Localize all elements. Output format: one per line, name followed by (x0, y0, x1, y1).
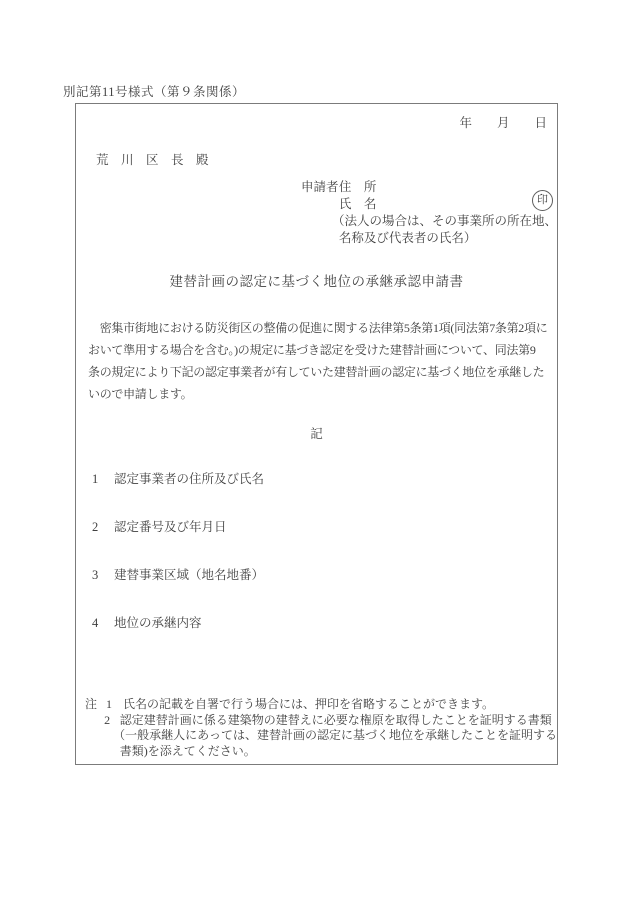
notes-section: 注 1 氏名の記載を自署で行う場合には、押印を省略することができます。 2 認定… (76, 697, 557, 759)
applicant-address-label: 住 所 (339, 179, 557, 196)
record-heading: 記 (76, 426, 557, 443)
item-text: 認定事業者の住所及び氏名 (114, 471, 264, 487)
list-item: 3 建替事業区域（地名地番） (76, 567, 557, 583)
list-item: 1 認定事業者の住所及び氏名 (76, 471, 557, 487)
document-title: 建替計画の認定に基づく地位の承継承認申請書 (76, 273, 557, 291)
note-row: 注 1 氏名の記載を自署で行う場合には、押印を省略することができます。 (85, 697, 557, 713)
document-frame: 年 月 日 荒 川 区 長 殿 申請者 住 所 氏 名 （法人の場合は、その事業… (75, 103, 558, 765)
seal-character: 印 (537, 195, 548, 206)
corporation-note-line2: 名称及び代表者の氏名） (339, 230, 557, 247)
note-text-block: 認定建替計画に係る建築物の建替えに必要な権原を取得したことを証明する書類 （一般… (120, 713, 557, 760)
item-number: 3 (92, 567, 114, 583)
item-number: 4 (92, 615, 114, 631)
body-paragraph: 密集市街地における防災街区の整備の促進に関する法律第5条第1項(同法第7条第2項… (76, 317, 557, 405)
body-line: 密集市街地における防災街区の整備の促進に関する法律第5条第1項(同法第7条第2項… (88, 317, 546, 339)
addressee-line: 荒 川 区 長 殿 (96, 152, 557, 169)
body-line: おいて準用する場合を含む。)の規定に基づき認定を受けた建替計画について、同法第9 (88, 339, 546, 361)
note-number: 2 (104, 713, 120, 729)
note-text: 氏名の記載を自署で行う場合には、押印を省略することができます。 (123, 697, 494, 713)
body-line: いので申請します。 (88, 383, 546, 405)
list-item: 4 地位の承継内容 (76, 615, 557, 631)
item-number: 1 (92, 471, 114, 487)
list-item: 2 認定番号及び年月日 (76, 519, 557, 535)
item-text: 地位の承継内容 (114, 615, 202, 631)
note-text-line: 認定建替計画に係る建築物の建替えに必要な権原を取得したことを証明する書類 (120, 713, 557, 729)
body-line: 条の規定により下記の認定事業者が有していた建替計画の認定に基づく地位を承継した (88, 361, 546, 383)
applicant-fields: 住 所 氏 名 （法人の場合は、その事業所の所在地、 名称及び代表者の氏名） (339, 179, 557, 247)
item-text: 認定番号及び年月日 (114, 519, 227, 535)
seal-mark-icon: 印 (532, 190, 553, 211)
note-text-line: 書類)を添えてください。 (120, 744, 557, 760)
note-number: 1 (106, 697, 123, 713)
item-list: 1 認定事業者の住所及び氏名 2 認定番号及び年月日 3 建替事業区域（地名地番… (76, 471, 557, 631)
item-number: 2 (92, 519, 114, 535)
applicant-block: 申請者 住 所 氏 名 （法人の場合は、その事業所の所在地、 名称及び代表者の氏… (301, 179, 557, 247)
form-number-caption: 別記第11号様式（第９条関係） (63, 82, 245, 100)
note-text-line: （一般承継人にあっては、建替計画の認定に基づく地位を承継したことを証明する (120, 728, 557, 744)
notes-label: 注 (85, 697, 106, 713)
note-row: 2 認定建替計画に係る建築物の建替えに必要な権原を取得したことを証明する書類 （… (85, 713, 557, 760)
corporation-note-line1: （法人の場合は、その事業所の所在地、 (339, 213, 557, 230)
applicant-name-label: 氏 名 (339, 196, 557, 213)
applicant-label: 申請者 (301, 179, 339, 196)
date-line: 年 月 日 (76, 115, 557, 131)
item-text: 建替事業区域（地名地番） (114, 567, 264, 583)
